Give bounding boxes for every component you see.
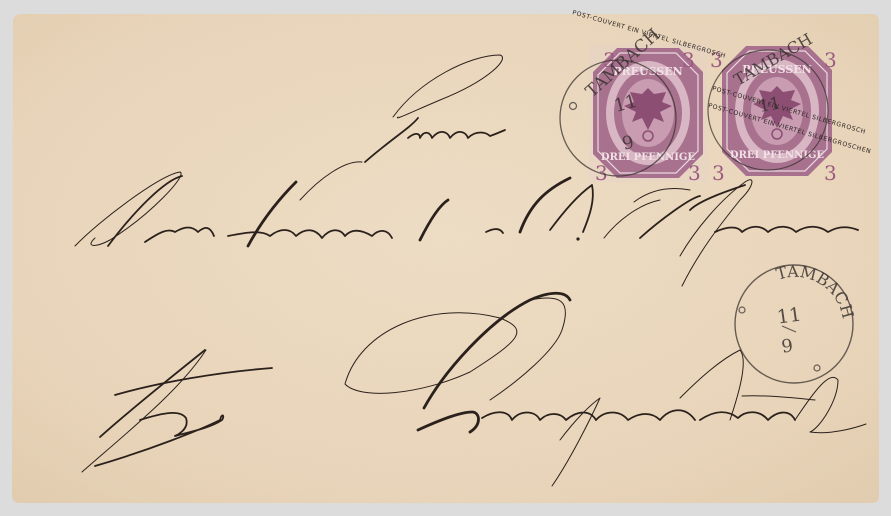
svg-text:11: 11 bbox=[776, 303, 803, 328]
stamp-numeral: 3 bbox=[712, 161, 725, 185]
stamp-numeral: 3 bbox=[682, 48, 695, 72]
stamp-numeral: 3 bbox=[824, 161, 837, 185]
stamp-numeral: 3 bbox=[824, 48, 837, 72]
envelope-photo: PREUSSEN DREI PFENNIGE 3 3 3 3 PREUSSEN … bbox=[0, 0, 891, 516]
svg-text:11: 11 bbox=[757, 93, 782, 116]
stamp-numeral: 3 bbox=[688, 161, 701, 185]
stamp-value: DREI PFENNIGE bbox=[730, 150, 825, 161]
